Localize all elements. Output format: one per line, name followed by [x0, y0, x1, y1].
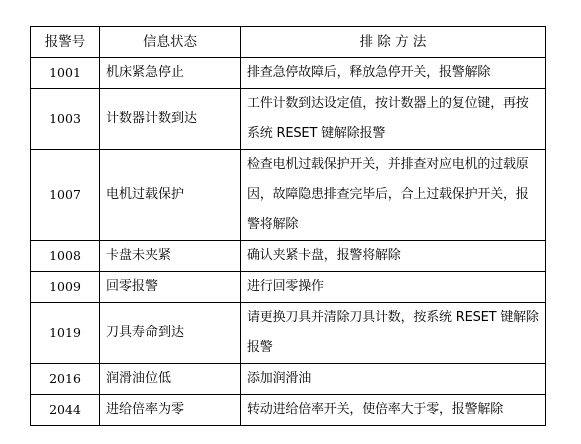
table-row: 1019 刀具寿命到达 请更换刀具并清除刀具计数，按系统 RESET 键解除报警 [31, 303, 546, 364]
header-resolution-method: 排 除 方 法 [241, 27, 546, 58]
alarm-code: 2044 [31, 395, 100, 426]
resolution-method: 检查电机过载保护开关，并排查对应电机的过载原因，故障隐患排查完毕后，合上过载保护… [241, 150, 546, 241]
alarm-code: 1008 [31, 241, 100, 272]
resolution-method: 添加润滑油 [241, 364, 546, 395]
alarm-code: 1019 [31, 303, 100, 364]
table-row: 2044 进给倍率为零 转动进给倍率开关，使倍率大于零，报警解除 [31, 395, 546, 426]
resolution-method: 确认夹紧卡盘，报警将解除 [241, 241, 546, 272]
info-status: 计数器计数到达 [100, 89, 241, 150]
info-status: 进给倍率为零 [100, 395, 241, 426]
table-row: 1009 回零报警 进行回零操作 [31, 272, 546, 303]
alarm-code: 2016 [31, 364, 100, 395]
info-status: 卡盘未夹紧 [100, 241, 241, 272]
info-status: 电机过载保护 [100, 150, 241, 241]
alarm-code: 1009 [31, 272, 100, 303]
alarm-code: 1003 [31, 89, 100, 150]
resolution-method: 排查急停故障后，释放急停开关，报警解除 [241, 58, 546, 89]
table-row: 1008 卡盘未夹紧 确认夹紧卡盘，报警将解除 [31, 241, 546, 272]
resolution-method: 请更换刀具并清除刀具计数，按系统 RESET 键解除报警 [241, 303, 546, 364]
alarm-code: 1001 [31, 58, 100, 89]
info-status: 机床紧急停止 [100, 58, 241, 89]
header-row: 报警号 信息状态 排 除 方 法 [31, 27, 546, 58]
resolution-method: 进行回零操作 [241, 272, 546, 303]
table-row: 1003 计数器计数到达 工件计数到达设定值，按计数器上的复位键，再按系统 RE… [31, 89, 546, 150]
table-row: 1001 机床紧急停止 排查急停故障后，释放急停开关，报警解除 [31, 58, 546, 89]
resolution-method: 工件计数到达设定值，按计数器上的复位键，再按系统 RESET 键解除报警 [241, 89, 546, 150]
header-alarm-code: 报警号 [31, 27, 100, 58]
info-status: 回零报警 [100, 272, 241, 303]
alarm-table: 报警号 信息状态 排 除 方 法 1001 机床紧急停止 排查急停故障后，释放急… [30, 26, 546, 426]
table-row: 1007 电机过载保护 检查电机过载保护开关，并排查对应电机的过载原因，故障隐患… [31, 150, 546, 241]
alarm-code: 1007 [31, 150, 100, 241]
header-info-status: 信息状态 [100, 27, 241, 58]
info-status: 润滑油位低 [100, 364, 241, 395]
info-status: 刀具寿命到达 [100, 303, 241, 364]
resolution-method: 转动进给倍率开关，使倍率大于零，报警解除 [241, 395, 546, 426]
table-row: 2016 润滑油位低 添加润滑油 [31, 364, 546, 395]
